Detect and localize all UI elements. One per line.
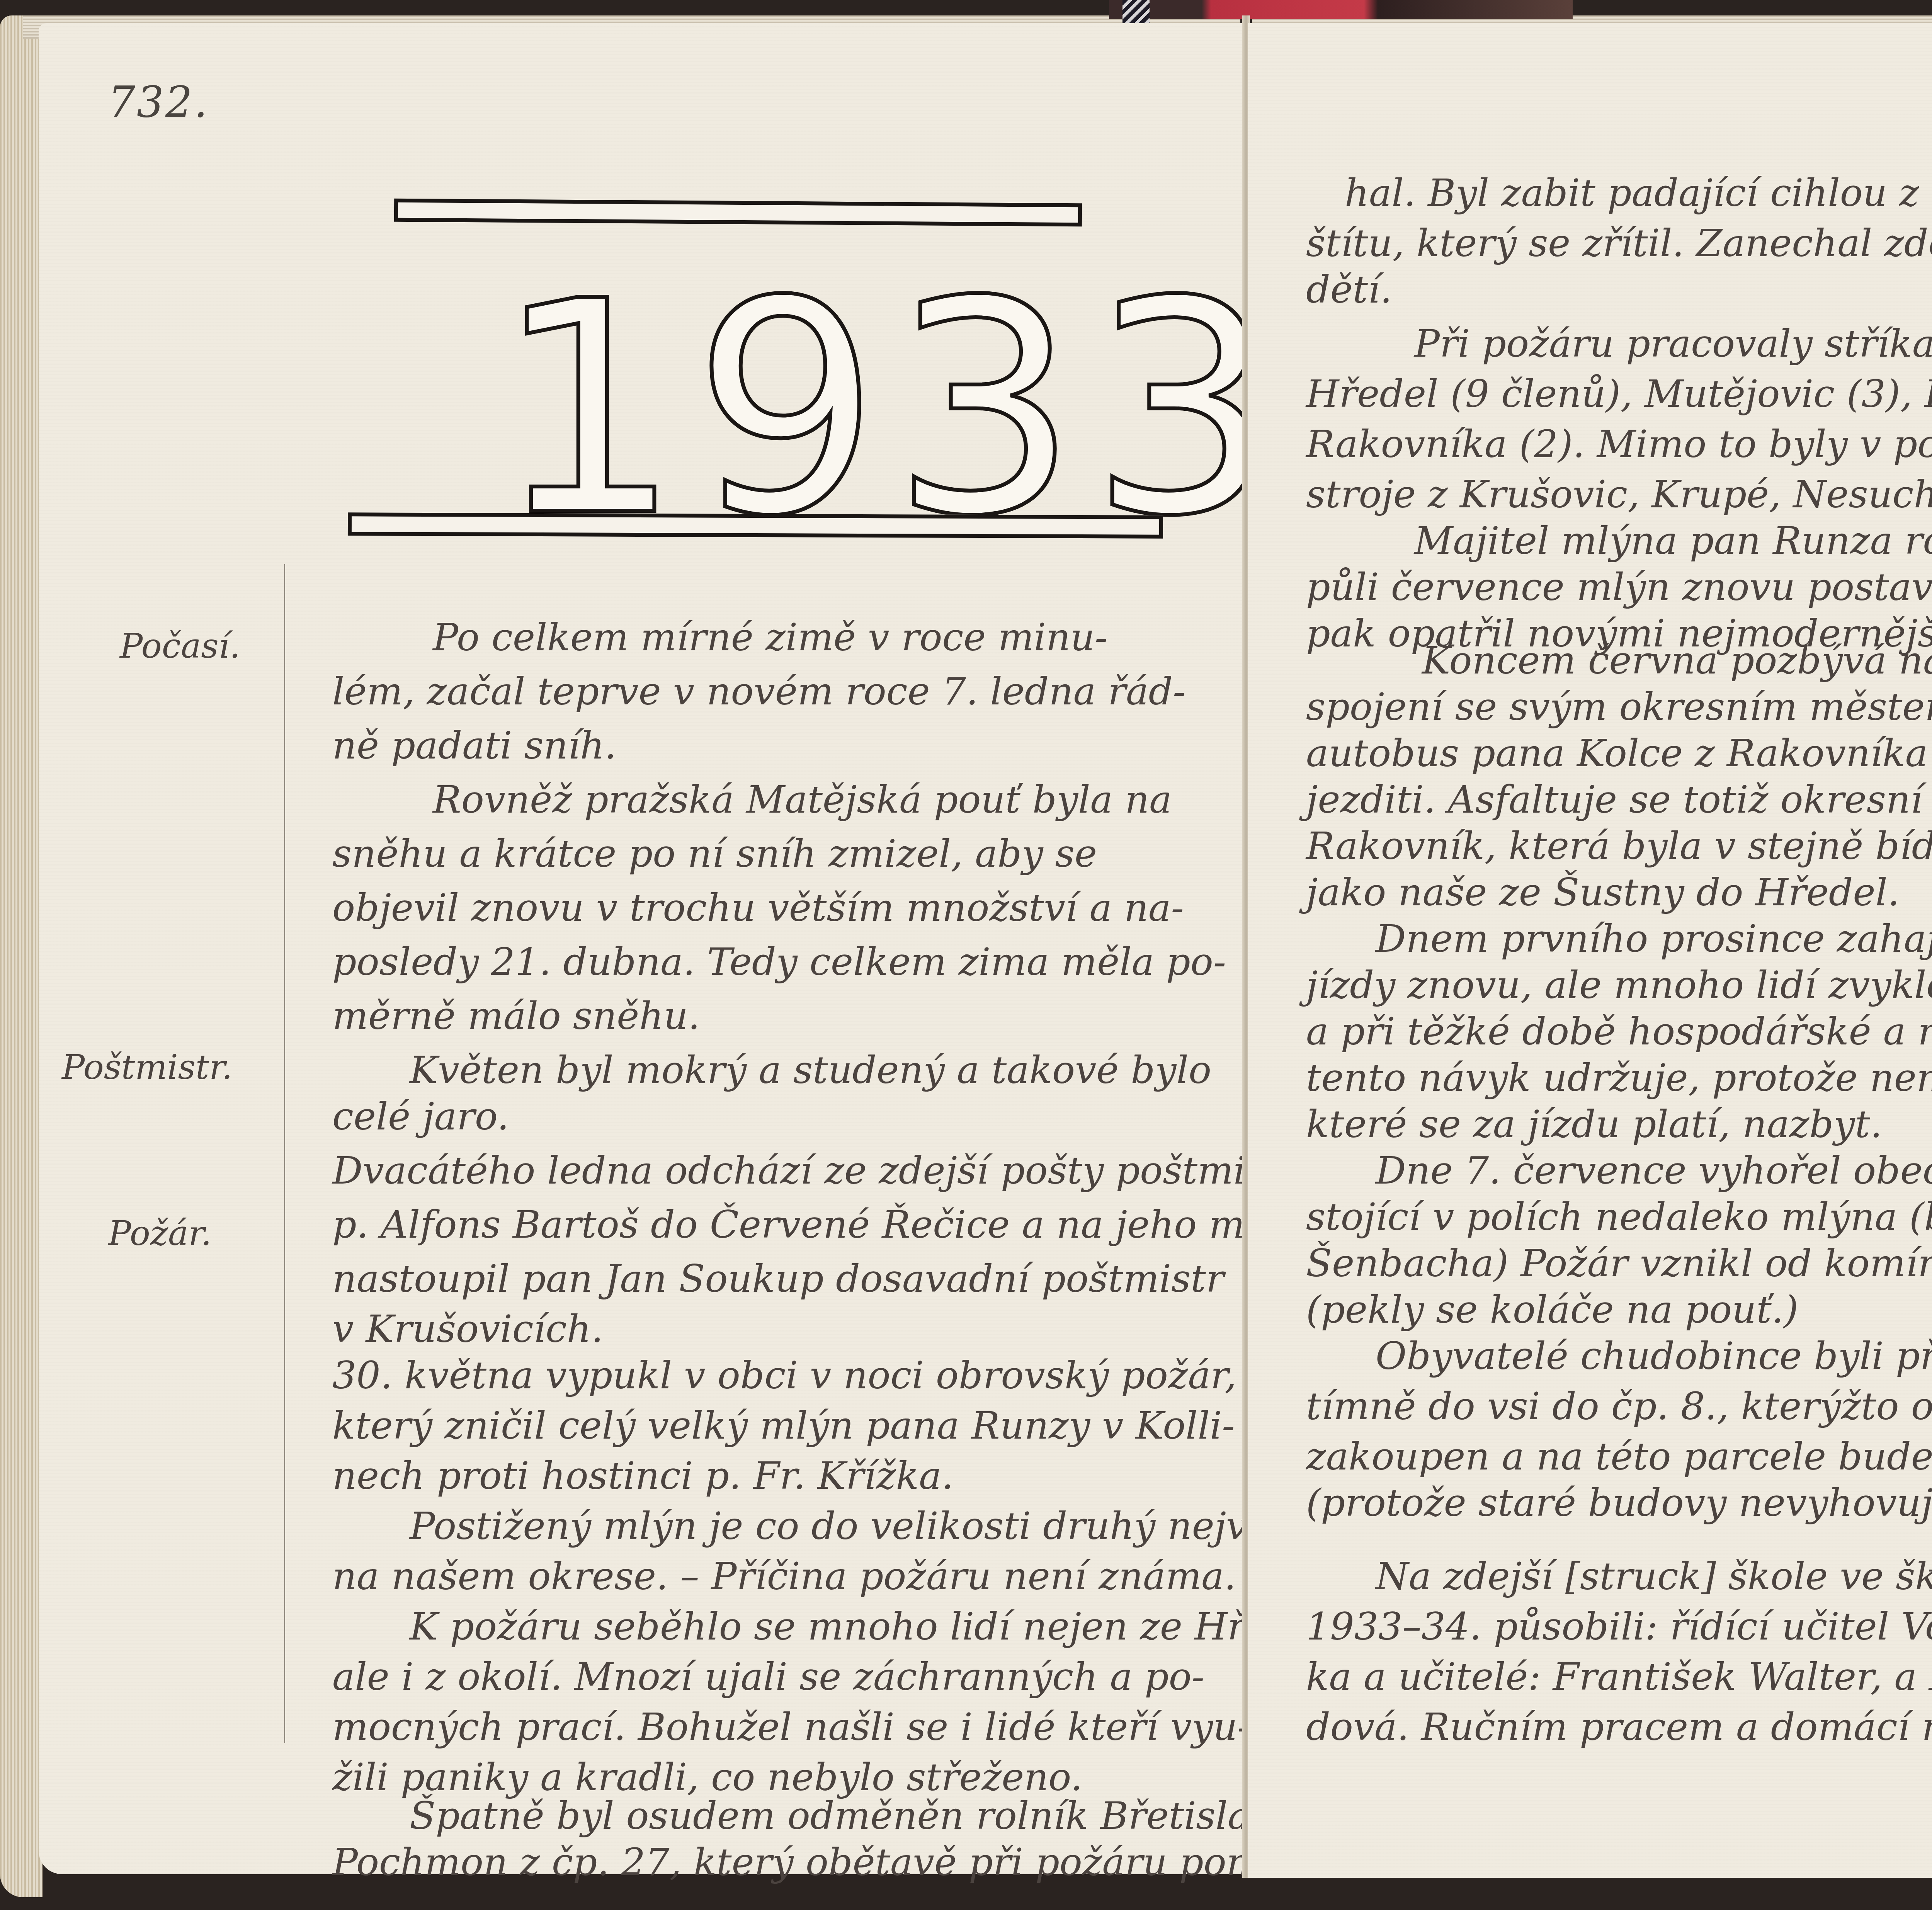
text-line: mocných prací. Bohužel našli se i lidé k… [332,1704,1250,1750]
text-line: jezditi. Asfaltuje se totiž okresní siln… [1306,777,1932,823]
text-line: Špatně byl osudem odměněn rolník Břetisl… [410,1793,1272,1839]
text-line: K požáru seběhlo se mnoho lidí nejen ze … [410,1604,1339,1650]
text-line: celé jaro. [332,1094,509,1140]
book-spread: 732. 1933. Počasí. Poštmistr. Požár. Po … [0,0,1932,1910]
left-page-edges [0,15,43,1897]
text-line: Pochmon z čp. 27, který obětavě při požá… [332,1839,1298,1886]
right-page: 733. Autobus. Požár. Škola. hal. Byl zab… [1248,23,1932,1878]
text-line: 30. května vypukl v obci v noci obrovský… [332,1352,1236,1399]
text-line: nech proti hostinci p. Fr. Křížka. [332,1453,954,1499]
text-line: Koncem června pozbývá naše obec přímého [1422,638,1932,684]
text-line: Na zdejší [struck] škole ve školním roce [1376,1553,1932,1600]
text-line: štítu, který se zřítil. Zanechal zde žen… [1306,220,1932,267]
text-line: autobus pana Kolce z Rakovníka přestal d… [1306,730,1932,777]
text-line: stojící v polích nedaleko mlýna (býv. ma… [1306,1194,1932,1240]
text-line: Po celkem mírné zimě v roce minu- [433,614,1107,661]
text-line: hal. Byl zabit padající cihlou z vysokéh… [1345,170,1932,216]
text-line: dětí. [1306,267,1392,313]
text-line: jako naše ze Šustny do Hředel. [1306,869,1900,916]
text-line: spojení se svým okresním městem Rakovník… [1306,684,1932,730]
binding-headband [1109,0,1573,19]
text-line: Rovněž pražská Matějská pouť byla na [433,777,1172,823]
margin-note-pocasi: Počasí. [120,626,240,666]
text-line: Dne 7. července vyhořel obecní chudobine… [1376,1148,1932,1194]
margin-note-postmistr: Poštmistr. [62,1047,233,1087]
text-line: Při požáru pracovaly stříkačky sboru ze [1414,321,1932,367]
text-line: (protože staré budovy nevyhovují.) [1306,1480,1932,1526]
text-line: sněhu a krátce po ní sníh zmizel, aby se [332,831,1097,877]
text-line: Obyvatelé chudobince byli přestěhováni z… [1376,1333,1932,1379]
text-line: Dnem prvního prosince zahajuje autobus s… [1376,916,1932,962]
text-line: nastoupil pan Jan Soukup dosavadní poštm… [332,1256,1224,1302]
left-page: 732. 1933. Počasí. Poštmistr. Požár. Po … [39,23,1244,1874]
text-line: stroje z Krušovic, Krupé, Nesuchyně a Tř… [1306,471,1932,518]
text-line: Hředel (9 členů), Mutějovic (3), Lišan (… [1306,371,1932,417]
text-line: který zničil celý velký mlýn pana Runzy … [332,1403,1235,1449]
margin-note-pozar: Požár. [108,1213,212,1253]
text-line: (pekly se koláče na pouť.) [1306,1287,1798,1333]
bookmark-ribbon [1122,0,1150,23]
text-line: zakoupen a na této parcele bude nová ško… [1306,1434,1932,1480]
text-line: ně padati sníh. [332,723,616,769]
text-line: tento návyk udržuje, protože není ani tě… [1306,1055,1932,1101]
text-line: v Krušovicích. [332,1306,603,1352]
text-line: 1933–34. působili: řídící učitel Vojtěch… [1306,1604,1932,1650]
text-line: Rakovník, která byla v stejně bídném sta… [1306,823,1932,869]
text-line: Postižený mlýn je co do velikosti druhý … [410,1503,1316,1549]
text-line: Květen byl mokrý a studený a takové bylo [410,1047,1211,1094]
text-line: měrně málo sněhu. [332,993,700,1039]
page-number-left: 732. [108,77,209,127]
year-bottom-bar [348,512,1163,538]
text-line: ale i z okolí. Mnozí ujali se záchrannýc… [332,1654,1204,1700]
text-line: ka a učitelé: František Walter, a Emilie… [1306,1654,1932,1700]
text-line: Majitel mlýna pan Runza rozhodl se v [1414,518,1932,564]
text-line: posledy 21. dubna. Tedy celkem zima měla… [332,939,1226,985]
margin-rule-left [284,564,285,1743]
text-line: jízdy znovu, ale mnoho lidí zvyklo chodi… [1306,962,1932,1009]
text-line: které se za jízdu platí, nazbyt. [1306,1101,1882,1148]
text-line: Šenbacha) Požár vznikl od komína přetope… [1306,1240,1932,1287]
text-line: Dvacátého ledna odchází ze zdejší pošty … [332,1148,1298,1194]
text-line: objevil znovu v trochu větším množství a… [332,885,1184,931]
text-line: p. Alfons Bartoš do Červené Řečice a na … [332,1202,1314,1248]
text-line: Rakovníka (2). Mimo to byly v pohotovost… [1306,421,1932,468]
text-line: na našem okrese. – Příčina požáru není z… [332,1553,1236,1600]
text-line: půli července mlýn znovu postaviti. Nový… [1306,564,1932,611]
year-top-bar [394,199,1082,226]
text-line: lém, začal teprve v novém roce 7. ledna … [332,668,1185,715]
text-line: dová. Ručním pracem a domácí nauce [1306,1704,1932,1750]
text-line: tímně do vsi do čp. 8., kterýžto objekt … [1306,1383,1932,1430]
text-line: a při těžké době hospodářské a nezaměstn… [1306,1009,1932,1055]
